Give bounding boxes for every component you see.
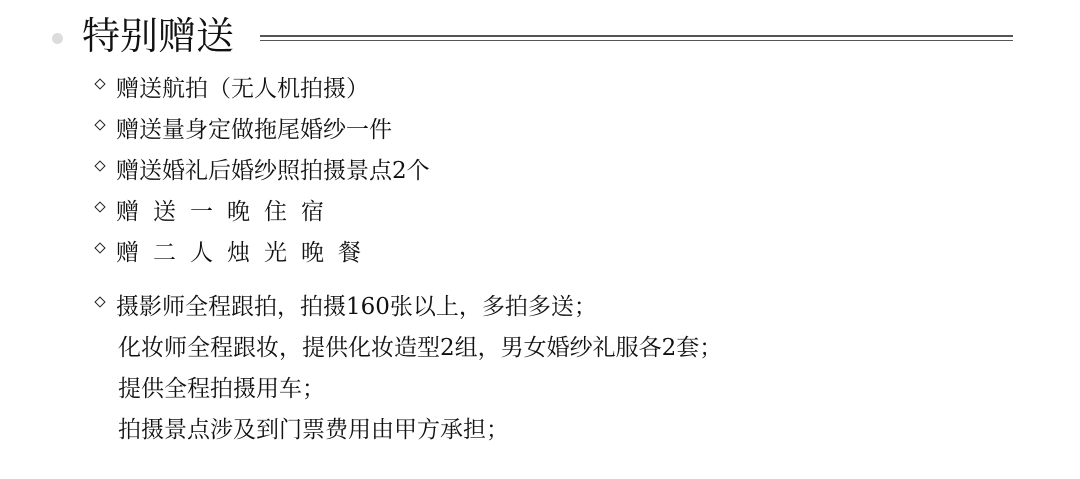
list-item-continuation: 化妆师全程跟妆，提供化妆造型2组，男女婚纱礼服各2套； [118,331,722,365]
list-item: 赠送航拍（无人机拍摄） [92,72,369,106]
list-item-text: 赠送航拍（无人机拍摄） [116,76,369,102]
list-item: 赠送婚礼后婚纱照拍摄景点2个 [92,154,430,188]
list-item-text: 摄影师全程跟拍，拍摄160张以上，多拍多送； [116,294,597,320]
list-item-text: 赠送一晚住宿 [116,199,338,225]
list-item-text: 赠送婚礼后婚纱照拍摄景点2个 [116,158,430,184]
diamond-bullet-icon [94,160,105,171]
circle-bullet-icon [52,33,63,44]
diamond-bullet-icon [94,119,105,130]
diamond-bullet-icon [94,78,105,89]
rule-thin-line [260,40,1013,41]
diamond-bullet-icon [94,296,105,307]
list-item: 赠送一晚住宿 [92,195,338,229]
list-item-continuation: 拍摄景点涉及到门票费用由甲方承担； [118,413,509,447]
slide-title-row: 特别赠送 [0,0,1080,70]
diamond-bullet-icon [94,201,105,212]
list-item-text: 赠送量身定做拖尾婚纱一件 [116,117,392,143]
list-item: 赠二人烛光晚餐 [92,236,375,270]
rule-thick-line [260,35,1013,37]
list-item-continuation: 提供全程拍摄用车； [118,372,325,406]
list-item: 赠送量身定做拖尾婚纱一件 [92,113,392,147]
list-item-text: 赠二人烛光晚餐 [116,240,375,266]
slide-title: 特别赠送 [82,10,234,62]
list-item: 摄影师全程跟拍，拍摄160张以上，多拍多送； [92,290,597,324]
diamond-bullet-icon [94,242,105,253]
title-double-rule [260,35,1013,43]
